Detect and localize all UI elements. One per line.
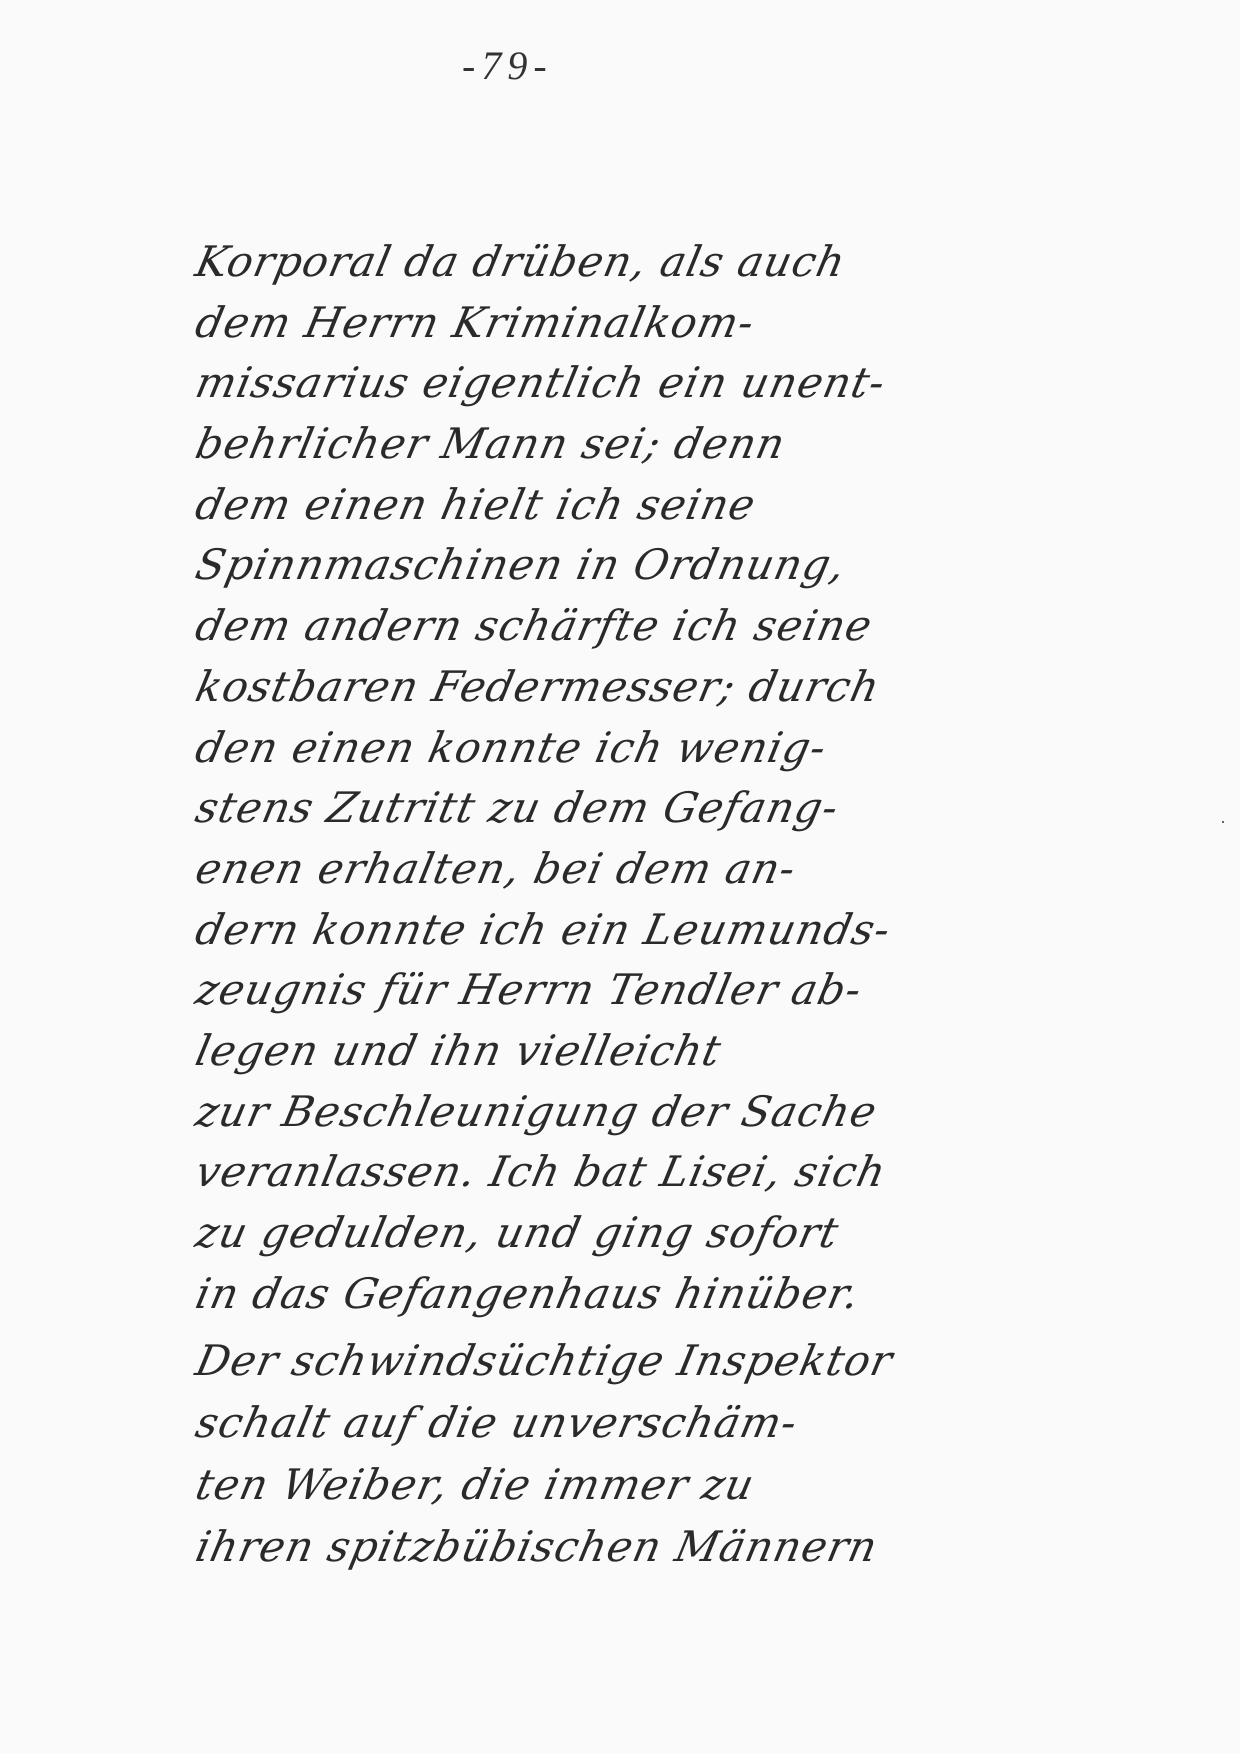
text-line: schalt auf die unverschäm- (190, 1392, 1103, 1454)
text-line: legen und ihn vielleicht (190, 1021, 1103, 1082)
text-line: zur Beschleunigung der Sache (190, 1082, 1103, 1143)
paragraph-2: Der schwindsüchtige Inspektor schalt auf… (190, 1330, 1090, 1578)
text-line: zeugnis für Herrn Tendler ab- (190, 960, 1103, 1021)
text-line: den einen konnte ich wenig- (190, 718, 1103, 779)
text-line: in das Gefangenhaus hinüber. (190, 1264, 1103, 1325)
text-line: dem einen hielt ich seine (190, 475, 1103, 536)
text-line: ihren spitzbübischen Männern (190, 1516, 1103, 1578)
handwritten-page: -79- Korporal da drüben, als auch dem He… (0, 0, 1240, 1754)
text-line: dem andern schärfte ich seine (190, 596, 1103, 657)
text-line: veranlassen. Ich bat Lisei, sich (190, 1142, 1103, 1203)
text-line: ten Weiber, die immer zu (190, 1454, 1103, 1516)
paper-speck (1222, 821, 1224, 823)
text-line: kostbaren Federmesser; durch (190, 657, 1103, 718)
paragraph-1: Korporal da drüben, als auch dem Herrn K… (190, 232, 1090, 1324)
page-number: -79- (462, 42, 553, 89)
text-line: zu gedulden, und ging sofort (190, 1203, 1103, 1264)
text-line: dem Herrn Kriminalkom- (190, 293, 1103, 354)
text-line: enen erhalten, bei dem an- (190, 839, 1103, 900)
text-line: Der schwindsüchtige Inspektor (190, 1330, 1103, 1392)
text-line: Korporal da drüben, als auch (190, 232, 1103, 293)
text-line: Spinnmaschinen in Ordnung, (190, 535, 1103, 596)
text-line: dern konnte ich ein Leumunds- (190, 900, 1103, 961)
text-line: behrlicher Mann sei; denn (190, 414, 1103, 475)
text-line: missarius eigentlich ein unent- (190, 353, 1103, 414)
text-line: stens Zutritt zu dem Gefang- (190, 778, 1103, 839)
